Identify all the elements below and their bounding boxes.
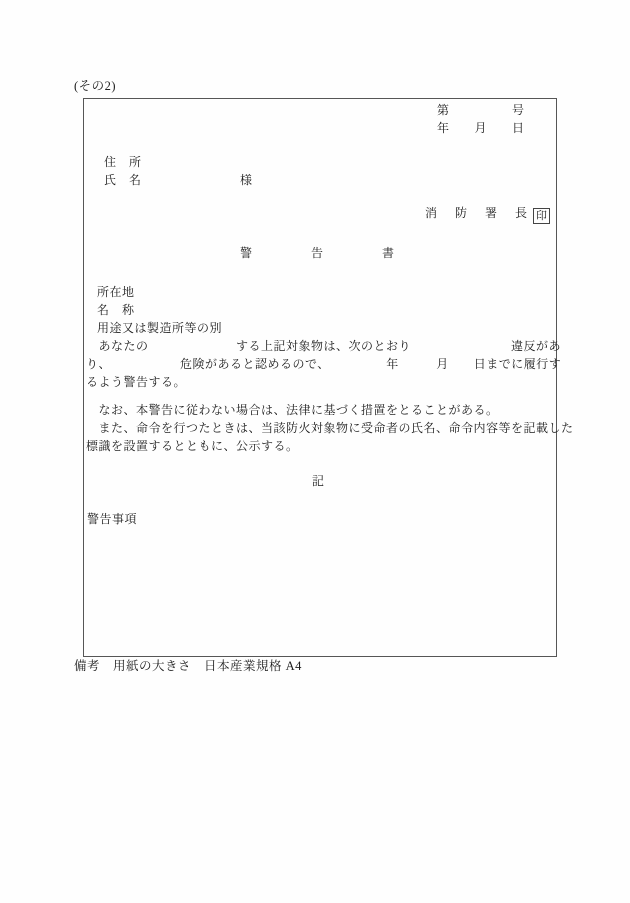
order-line-1: また、命令を行つたときは、当該防火対象物に受命者の氏名、命令内容等を記載した — [86, 421, 574, 436]
ki-heading: 記 — [312, 474, 325, 489]
header-note: (その2) — [74, 79, 116, 94]
facility-name-label: 名 称 — [97, 303, 135, 318]
body-line-3: るよう警告する。 — [86, 375, 186, 390]
location-label: 所在地 — [97, 285, 135, 300]
document-title: 警告書 — [240, 246, 453, 261]
date-line: 年 月 日 — [437, 121, 525, 136]
address-label: 住 所 — [104, 155, 142, 170]
issuer-title: 消 防 署 長印 — [425, 206, 550, 224]
body-line-2: り、 危険があると認めるので、 年 月 日までに履行す — [86, 357, 561, 372]
doc-number-line: 第 号 — [437, 103, 525, 118]
footer-note: 備考 用紙の大きさ 日本産業規格 A4 — [74, 659, 302, 674]
order-line-2: 標識を設置するとともに、公示する。 — [86, 439, 299, 454]
honorific-sama: 様 — [240, 173, 253, 188]
use-type-label: 用途又は製造所等の別 — [97, 321, 222, 336]
note-line: なお、本警告に従わない場合は、法律に基づく措置をとることがある。 — [86, 403, 499, 418]
warning-items-label: 警告事項 — [87, 512, 137, 527]
name-label: 氏 名 — [104, 173, 142, 188]
body-line-1: あなたの する上記対象物は、次のとおり 違反があ — [86, 339, 561, 354]
seal-stamp: 印 — [533, 208, 550, 224]
issuer-title-text: 消 防 署 長 — [425, 206, 530, 220]
document-page: (その2) 第 号 年 月 日 住 所 氏 名 様 消 防 署 長印 警告書 所… — [0, 0, 630, 903]
warning-form-box: 第 号 年 月 日 住 所 氏 名 様 消 防 署 長印 警告書 所在地 名 称… — [83, 98, 557, 657]
